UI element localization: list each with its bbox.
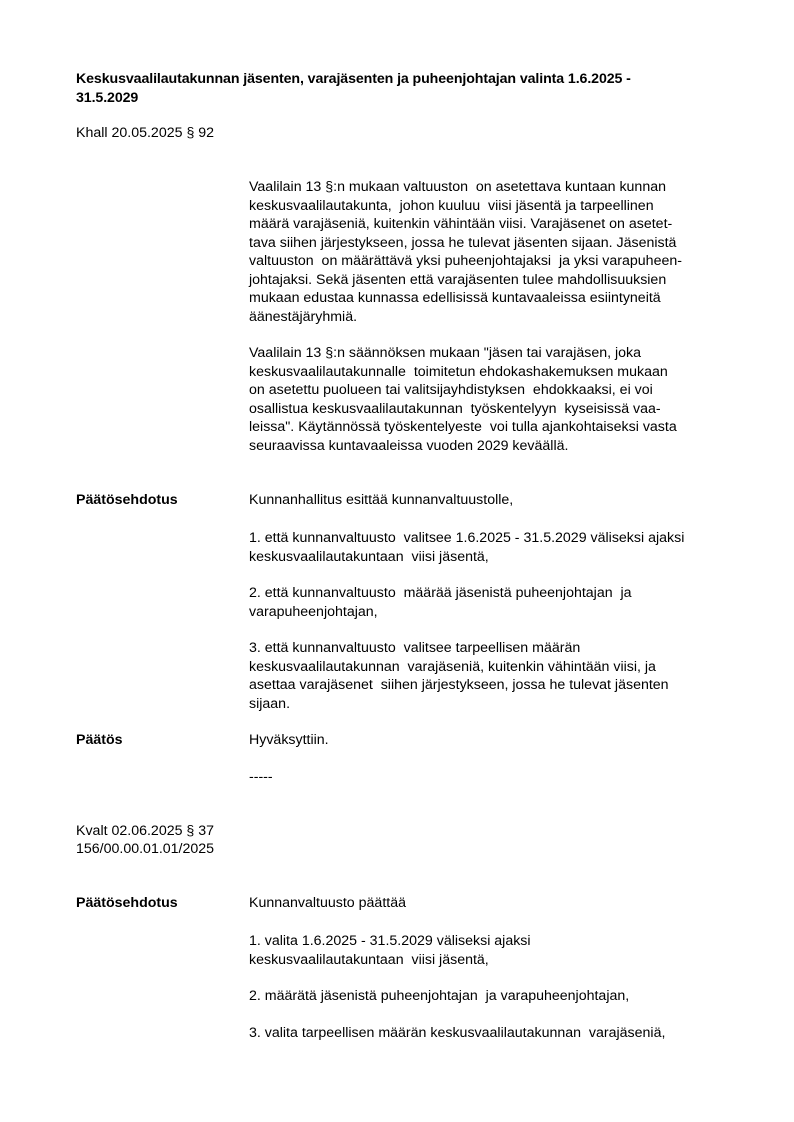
text-line: äänestäjäryhmiä. bbox=[249, 308, 744, 327]
text-line: 1. valita 1.6.2025 - 31.5.2029 väliseksi… bbox=[249, 932, 744, 951]
separator: ----- bbox=[249, 768, 744, 787]
khall-proposal-item-1: 1. että kunnanvaltuusto valitsee 1.6.202… bbox=[249, 529, 744, 566]
title-line: Keskusvaalilautakunnan jäsenten, varajäs… bbox=[76, 70, 726, 89]
text-line: mukaan edustaa kunnassa edellisissä kunt… bbox=[249, 289, 744, 308]
text-line: keskusvaalilautakunnan varajäseniä, kuit… bbox=[249, 658, 744, 677]
text-line: johtajaksi. Sekä jäsenten että varajäsen… bbox=[249, 271, 744, 290]
khall-proposal-item-2: 2. että kunnanvaltuusto määrää jäsenistä… bbox=[249, 584, 744, 621]
text-line: 2. että kunnanvaltuusto määrää jäsenistä… bbox=[249, 584, 744, 603]
text-line: keskusvaalilautakunnalle toimitetun ehdo… bbox=[249, 363, 744, 382]
text-line: on asetettu puolueen tai valitsijayhdist… bbox=[249, 381, 744, 400]
text-line: leissa". Käytännössä työskentelyeste voi… bbox=[249, 418, 744, 437]
text-line: 3. valita tarpeellisen määrän keskusvaal… bbox=[249, 1024, 744, 1043]
text-line: valtuuston on määrättävä yksi puheenjoht… bbox=[249, 252, 744, 271]
khall-proposal-label: Päätösehdotus bbox=[76, 491, 178, 510]
kvalt-proposal-item-1: 1. valita 1.6.2025 - 31.5.2029 väliseksi… bbox=[249, 932, 744, 969]
khall-paragraph-2: Vaalilain 13 §:n säännöksen mukaan "jäse… bbox=[249, 344, 744, 455]
text-line: tava siihen järjestykseen, jossa he tule… bbox=[249, 234, 744, 253]
kvalt-proposal-item-3: 3. valita tarpeellisen määrän keskusvaal… bbox=[249, 1024, 744, 1043]
text-line: seuraavissa kuntavaaleissa vuoden 2029 k… bbox=[249, 437, 744, 456]
text-line: keskusvaalilautakunta, johon kuuluu viis… bbox=[249, 197, 744, 216]
text-line: 2. määrätä jäsenistä puheenjohtajan ja v… bbox=[249, 987, 744, 1006]
kvalt-proposal-item-2: 2. määrätä jäsenistä puheenjohtajan ja v… bbox=[249, 987, 744, 1006]
text-line: Vaalilain 13 §:n mukaan valtuuston on as… bbox=[249, 178, 744, 197]
text-line: keskusvaalilautakuntaan viisi jäsentä, bbox=[249, 548, 744, 567]
khall-proposal-item-3: 3. että kunnanvaltuusto valitsee tarpeel… bbox=[249, 639, 744, 713]
text-line: määrä varajäseniä, kuitenkin vähintään v… bbox=[249, 215, 744, 234]
text-line: osallistua keskusvaalilautakunnan työske… bbox=[249, 400, 744, 419]
title-line: 31.5.2029 bbox=[76, 89, 726, 108]
kvalt-proposal-label: Päätösehdotus bbox=[76, 894, 178, 913]
text-line: Vaalilain 13 §:n säännöksen mukaan "jäse… bbox=[249, 344, 744, 363]
text-line: asettaa varajäsenet siihen järjestykseen… bbox=[249, 676, 744, 695]
text-line: 1. että kunnanvaltuusto valitsee 1.6.202… bbox=[249, 529, 744, 548]
kvalt-reference: Kvalt 02.06.2025 § 37 bbox=[76, 822, 214, 841]
khall-paragraph-1: Vaalilain 13 §:n mukaan valtuuston on as… bbox=[249, 178, 744, 326]
text-line: keskusvaalilautakuntaan viisi jäsentä, bbox=[249, 951, 744, 970]
document-title: Keskusvaalilautakunnan jäsenten, varajäs… bbox=[76, 70, 726, 107]
document-page: Keskusvaalilautakunnan jäsenten, varajäs… bbox=[0, 0, 794, 1122]
khall-decision-text: Hyväksyttiin. bbox=[249, 731, 744, 750]
text-line: varapuheenjohtajan, bbox=[249, 603, 744, 622]
kvalt-proposal-intro: Kunnanvaltuusto päättää bbox=[249, 894, 744, 913]
khall-proposal-intro: Kunnanhallitus esittää kunnanvaltuustoll… bbox=[249, 491, 744, 510]
khall-reference: Khall 20.05.2025 § 92 bbox=[76, 124, 214, 143]
text-line: sijaan. bbox=[249, 695, 744, 714]
khall-decision-label: Päätös bbox=[76, 731, 123, 750]
record-id: 156/00.00.01.01/2025 bbox=[76, 840, 214, 859]
text-line: 3. että kunnanvaltuusto valitsee tarpeel… bbox=[249, 639, 744, 658]
